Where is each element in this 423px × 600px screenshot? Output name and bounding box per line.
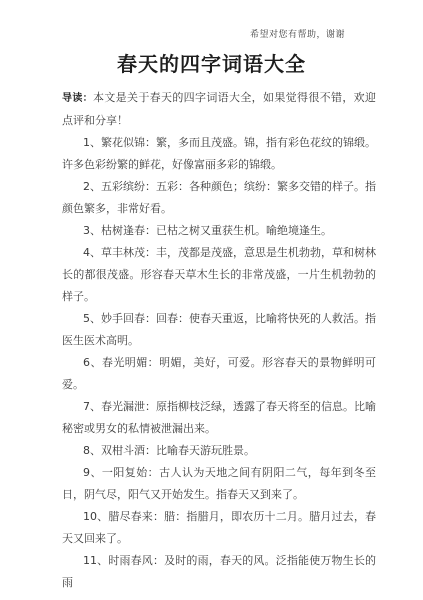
document-page: 希望对您有帮助，谢谢 春天的四字词语大全 导读：本文是关于春天的四字词语大全，如…	[0, 0, 423, 600]
definition-item: 7、春光漏泄：原指柳枝泛绿，透露了春天将至的信息。比喻秘密或男女的私情被泄漏出来…	[62, 396, 376, 440]
definition-item: 11、时雨春风：及时的雨，春天的风。泛指能使万物生长的雨	[62, 550, 376, 594]
definition-item: 2、五彩缤纷：五彩：各种颜色；缤纷：繁多交错的样子。指颜色繁多，非常好看。	[62, 176, 376, 220]
definition-item: 9、一阳复始：古人认为天地之间有阴阳二气，每年到冬至日，阴气尽，阳气又开始发生。…	[62, 462, 376, 506]
intro-paragraph: 导读：本文是关于春天的四字词语大全，如果觉得很不错，欢迎点评和分享！	[62, 87, 376, 132]
definition-list: 1、繁花似锦：繁，多而且茂盛。锦，指有彩色花纹的锦缎。许多色彩纷繁的鲜花，好像富…	[62, 132, 376, 594]
definition-item: 4、草丰林茂：丰，茂都是茂盛，意思是生机勃勃，草和树林长的都很茂盛。形容春天草木…	[62, 242, 376, 308]
page-title: 春天的四字词语大全	[0, 50, 423, 78]
definition-item: 6、春光明媚：明媚，美好，可爱。形容春天的景物鲜明可爱。	[62, 352, 376, 396]
definition-item: 5、妙手回春：回春：使春天重返，比喻将快死的人救活。指医生医术高明。	[62, 308, 376, 352]
header-note: 希望对您有帮助，谢谢	[250, 27, 345, 40]
definition-item: 1、繁花似锦：繁，多而且茂盛。锦，指有彩色花纹的锦缎。许多色彩纷繁的鲜花，好像富…	[62, 132, 376, 176]
definition-item: 10、腊尽春来：腊：指腊月，即农历十二月。腊月过去，春天又回来了。	[62, 506, 376, 550]
intro-text: 本文是关于春天的四字词语大全，如果觉得很不错，欢迎点评和分享！	[62, 91, 376, 127]
intro-label: 导读：	[62, 93, 93, 104]
definition-item: 3、枯树逢春：已枯之树又重获生机。喻绝境逢生。	[62, 220, 376, 242]
document-body: 导读：本文是关于春天的四字词语大全，如果觉得很不错，欢迎点评和分享！ 1、繁花似…	[62, 87, 376, 594]
definition-item: 8、双柑斗酒：比喻春天游玩胜景。	[62, 440, 376, 462]
